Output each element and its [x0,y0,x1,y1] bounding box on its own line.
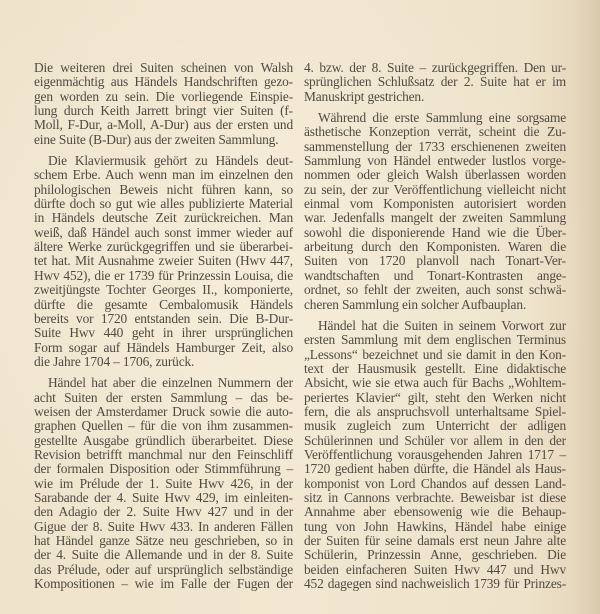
text-line: sprünglichen Schlußsatz der 2. Suite hat… [304,75,566,89]
text-line: ältere Werke zurückgegriffen und sie übe… [34,240,293,254]
text-line: Suiten von 1720 planvoll nach Tonart-Ver… [304,254,566,268]
paragraph: Die weiteren drei Suiten scheinen von Wa… [34,61,293,147]
text-line: gen worden zu sein. Die vorliegende Eins… [34,90,293,104]
text-line: fern, die als anspruchsvoll unterhaltsam… [304,405,566,419]
text-line: ersten Sammlung mit dem englischen Termi… [304,333,566,347]
text-line: tet hat. Mit Ausnahme zweier Suiten (Hwv… [34,254,293,268]
text-line: weiß, daß Händel auch sonst immer wieder… [34,226,293,240]
text-line: Händel hat aber die einzelnen Nummern de… [34,376,293,390]
text-line: der formalen Disposition oder Stimmführu… [34,462,293,476]
text-line: die Jahre 1704 – 1706, zurück. [34,355,293,369]
text-line: 452 dagegen sind nachweislich 1739 für P… [304,577,566,591]
text-line: acht Suiten der ersten Sammlung – das be… [34,391,293,405]
text-line: Sarabande der 4. Suite Hwv 429, im einle… [34,491,293,505]
text-line: philologischen Beweis nicht führen kann,… [34,183,293,197]
text-line: sitz in Cannons verbrachte. Beweisbar is… [304,491,566,505]
text-line: den Adagio der 2. Suite Hwv 427 und in d… [34,505,293,519]
text-line: ästhetische Konzeption verrät, scheint d… [304,125,566,139]
text-line: dürfte doch so gut wie alles publizierte… [34,197,293,211]
text-line: „Lessons“ bezeichnet und sie damit in de… [304,348,566,362]
text-line: schem Erbe. Auch wenn man im einzelnen d… [34,168,293,182]
text-line: Veröffentlichung vorausgehenden Jahren 1… [304,448,566,462]
text-line: das Prélude, oder auf ursprünglich selbs… [34,563,293,577]
text-line: Schülerin, Prinzessin Anne, geschrieben.… [304,548,566,562]
text-line: Form sogar auf Händels Hamburger Zeit, a… [34,341,293,355]
text-line: wandtschaften und Tonart-Kontrasten ange… [304,269,566,283]
text-line: Gigue der 8. Suite Hwv 433. In anderen F… [34,520,293,534]
text-line: 4. bzw. der 8. Suite – zurückgegriffen. … [304,61,566,75]
text-line: arbeitung durch den Komponisten. Waren d… [304,240,566,254]
text-line: Absicht, wie sie etwa auch für Bachs „Wo… [304,376,566,390]
text-line: text der Hausmusik gestellt. Eine didakt… [304,362,566,376]
text-line: Sammlung von Händel entweder lustlos vor… [304,154,566,168]
text-line: periertes Klavier“ gilt, steht den Werke… [304,391,566,405]
paragraph: Die Klaviermusik gehört zu Händels deut-… [34,154,293,369]
text-line: Manuskript gestrichen. [304,90,566,104]
text-line: weisen der Amsterdamer Druck sowie die a… [34,405,293,419]
text-line: sammenstellung der 1733 erschienenen zwe… [304,140,566,154]
text-line: tung von John Hawkins, Händel habe einig… [304,520,566,534]
text-line: einmal vom Komponisten autorisiert worde… [304,197,566,211]
text-line: zweitjüngste Tochter Georges II., kompon… [34,283,293,297]
paragraph: Händel hat die Suiten in seinem Vorwort … [304,319,566,592]
text-line: sowohl die disponierende Hand wie die Üb… [304,226,566,240]
text-line: Suite Hwv 440 geht in ihrer ursprünglich… [34,326,293,340]
text-line: nommen oder gleich Walsh überlassen word… [304,168,566,182]
text-line: bereits vor 1720 entstanden sein. Die B-… [34,312,293,326]
text-line: wie im Prélude der 1. Suite Hwv 426, in … [34,477,293,491]
text-line: Die Klaviermusik gehört zu Händels deut- [34,154,293,168]
text-line: dürfte die gesamte Cembalomusik Händels [34,298,293,312]
paragraph: Während die erste Sammlung eine sorgsame… [304,111,566,312]
text-line: gestellte Ausgabe gründlich überarbeitet… [34,434,293,448]
text-line: ordnet, so fehlt der zweiten, auch sonst… [304,283,566,297]
text-line: lung durch Keith Jarrett bringt vier Sui… [34,104,293,118]
text-line: zu sein, der zur Veröffentlichung vielle… [304,183,566,197]
text-line: Die weiteren drei Suiten scheinen von Wa… [34,61,293,75]
book-page: Die weiteren drei Suiten scheinen von Wa… [0,0,600,614]
text-column-right: 4. bzw. der 8. Suite – zurückgegriffen. … [304,61,566,598]
text-line: Annahme aber ebensowenig wie die Behaup- [304,505,566,519]
text-line: hat Händel ganze Sätze neu geschrieben, … [34,534,293,548]
text-line: Revision betrifft manchmal nur den Feins… [34,448,293,462]
text-line: 1720 gedient haben dürfte, die Händel al… [304,462,566,476]
text-line: Während die erste Sammlung eine sorgsame [304,111,566,125]
text-line: Moll, F-Dur, a-Moll, A-Dur) aus der erst… [34,118,293,132]
text-line: eine Suite (B-Dur) aus der zweiten Samml… [34,133,293,147]
paragraph: 4. bzw. der 8. Suite – zurückgegriffen. … [304,61,566,104]
text-line: der Suiten für seine damals erst neun Ja… [304,534,566,548]
text-line: eigenmächtig aus Händels Handschriften g… [34,75,293,89]
text-line: beiden einfacheren Suiten Hwv 447 und Hw… [304,563,566,577]
text-line: der 4. Suite die Allemande und in der 8.… [34,548,293,562]
text-line: musik zugleich zum Unterricht der adlige… [304,419,566,433]
text-line: Händel hat die Suiten in seinem Vorwort … [304,319,566,333]
text-line: in Händels deutsche Zeit zurückreichen. … [34,211,293,225]
text-line: war. Jedenfalls mangelt der zweiten Samm… [304,211,566,225]
text-line: Kompositionen – wie im Falle der Fugen d… [34,577,293,591]
text-line: komponist von Lord Chandos auf dessen La… [304,477,566,491]
text-column-left: Die weiteren drei Suiten scheinen von Wa… [34,61,293,598]
text-line: graphen Quellen – für die von ihm zusamm… [34,419,293,433]
text-line: Schülerinnen und Schüler vor allem in de… [304,434,566,448]
text-line: cheren Sammlung ein solcher Aufbauplan. [304,298,566,312]
text-line: Hwv 452), die er 1739 für Prinzessin Lou… [34,269,293,283]
paragraph: Händel hat aber die einzelnen Nummern de… [34,376,293,591]
